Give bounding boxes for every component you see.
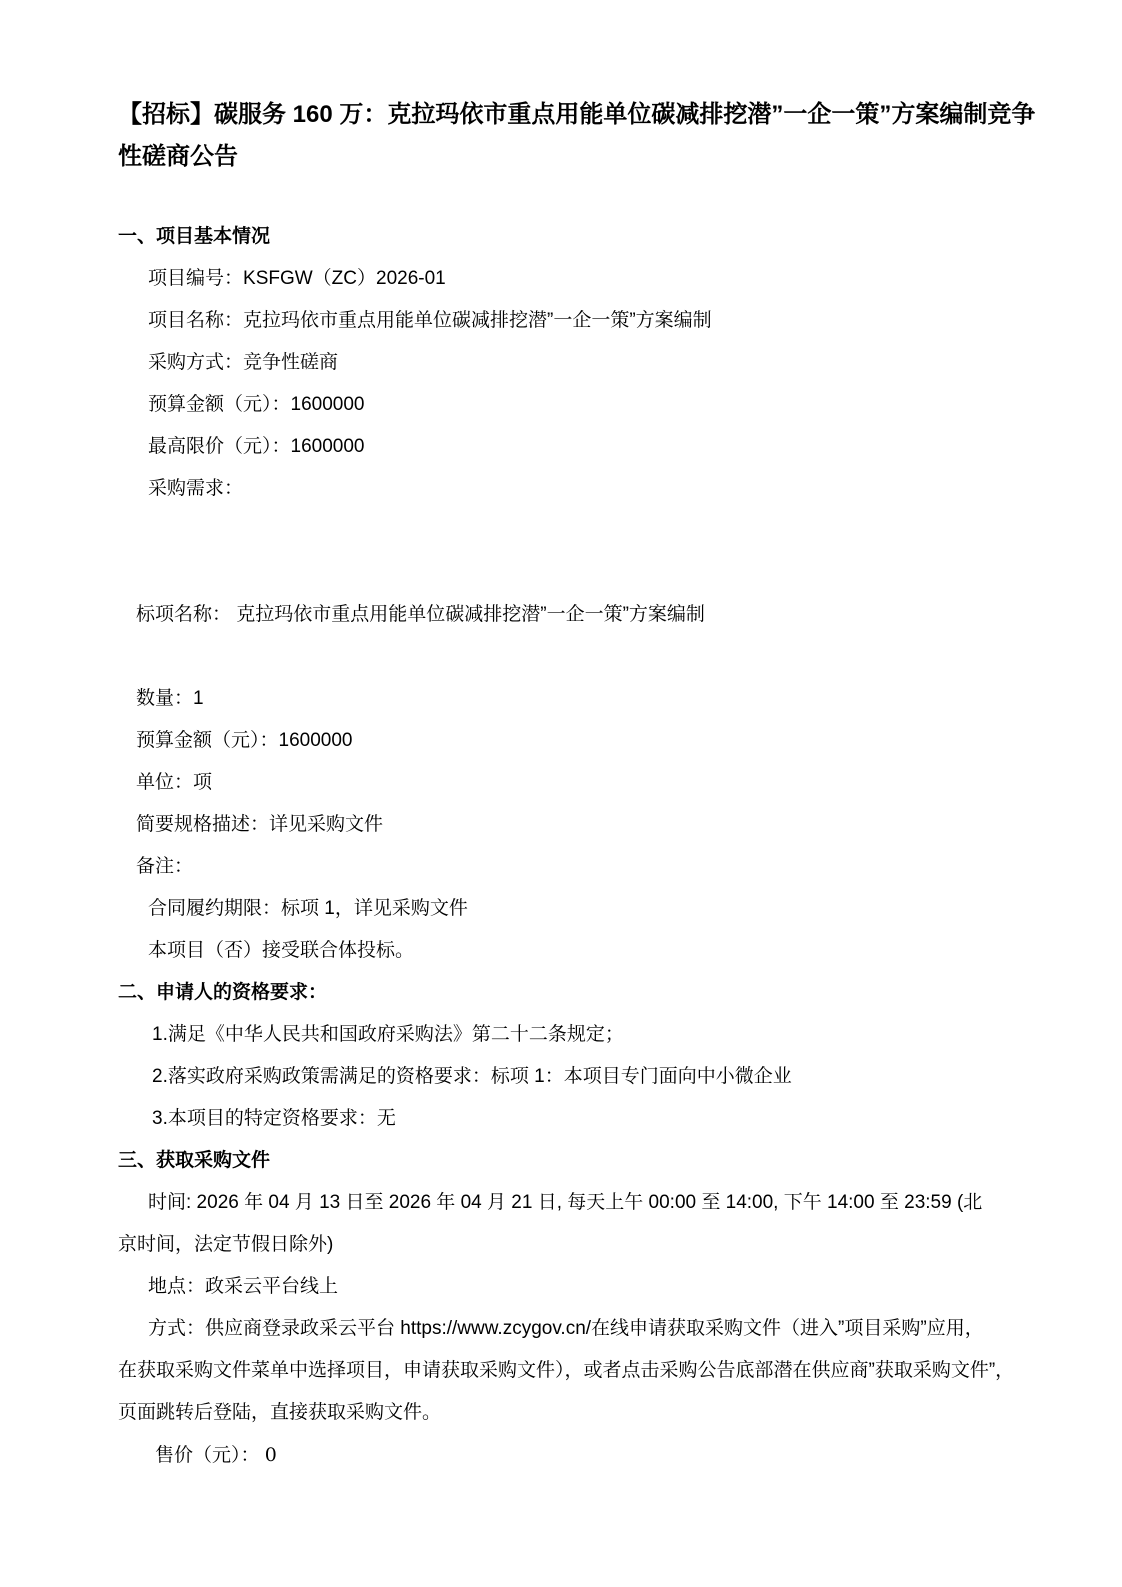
field-procurement-requirements: 采购需求：: [118, 468, 1012, 510]
procurement-method-label: 采购方式：: [148, 352, 243, 373]
joint-bid-statement: 本项目（否）接受联合体投标。: [118, 930, 1012, 972]
field-project-number: 项目编号：KSFGW（ZC）2026-01: [118, 258, 1012, 300]
max-price-label: 最高限价（元）：: [148, 436, 291, 457]
lot-budget-amount-value: 1600000: [279, 730, 353, 751]
procurement-requirements-label: 采购需求：: [148, 478, 243, 499]
field-procurement-method: 采购方式：竞争性磋商: [118, 342, 1012, 384]
quantity-value: 1: [193, 688, 204, 709]
obtain-method-line-3: 页面跳转后登陆，直接获取采购文件。: [118, 1392, 1012, 1434]
section-heading-obtain-documents: 三、获取采购文件: [118, 1140, 1012, 1182]
budget-amount-value: 1600000: [291, 394, 365, 415]
spec-description-label: 简要规格描述：: [136, 814, 269, 835]
unit-value: 项: [193, 772, 212, 793]
qualification-item-3: 3.本项目的特定资格要求：无: [118, 1098, 1012, 1140]
field-max-price: 最高限价（元）：1600000: [118, 426, 1012, 468]
field-quantity: 数量：1: [118, 678, 1012, 720]
location-label: 地点：: [148, 1276, 205, 1297]
obtain-method-line-2: 在获取采购文件菜单中选择项目，申请获取采购文件），或者点击采购公告底部潜在供应商…: [118, 1350, 1012, 1392]
field-lot-budget-amount: 预算金额（元）：1600000: [118, 720, 1012, 762]
project-name-label: 项目名称：: [148, 310, 243, 331]
contract-period-value: 标项 1，详见采购文件: [281, 898, 468, 919]
lot-name-label: 标项名称：: [136, 604, 236, 625]
spec-description-value: 详见采购文件: [269, 814, 383, 835]
section-heading-basic-info: 一、项目基本情况: [118, 216, 1012, 258]
obtain-time-line-1: 时间: 2026 年 04 月 13 日至 2026 年 04 月 21 日, …: [118, 1182, 1012, 1224]
project-name-value: 克拉玛依市重点用能单位碳减排挖潜”一企一策”方案编制: [243, 310, 712, 331]
field-budget-amount: 预算金额（元）：1600000: [118, 384, 1012, 426]
max-price-value: 1600000: [291, 436, 365, 457]
qualification-item-2: 2.落实政府采购政策需满足的资格要求：标项 1：本项目专门面向中小微企业: [118, 1056, 1012, 1098]
document-price: 售价（元）： 0: [118, 1434, 1012, 1476]
field-unit: 单位：项: [118, 762, 1012, 804]
location-value: 政采云平台线上: [205, 1276, 338, 1297]
field-spec-description: 简要规格描述：详见采购文件: [118, 804, 1012, 846]
qualification-item-1: 1.满足《中华人民共和国政府采购法》第二十二条规定；: [118, 1014, 1012, 1056]
procurement-notice-document: 【招标】碳服务 160 万：克拉玛依市重点用能单位碳减排挖潜”一企一策”方案编制…: [0, 0, 1122, 1476]
field-project-name: 项目名称：克拉玛依市重点用能单位碳减排挖潜”一企一策”方案编制: [118, 300, 1012, 342]
unit-label: 单位：: [136, 772, 193, 793]
price-value: 0: [265, 1444, 277, 1466]
contract-period-label: 合同履约期限：: [148, 898, 281, 919]
obtain-location: 地点：政采云平台线上: [118, 1266, 1012, 1308]
budget-amount-label: 预算金额（元）：: [148, 394, 291, 415]
procurement-method-value: 竞争性磋商: [243, 352, 338, 373]
lot-budget-amount-label: 预算金额（元）：: [136, 730, 279, 751]
section-heading-qualification: 二、申请人的资格要求：: [118, 972, 1012, 1014]
remarks-label: 备注：: [136, 856, 193, 877]
field-lot-name: 标项名称： 克拉玛依市重点用能单位碳减排挖潜”一企一策”方案编制: [118, 594, 1012, 636]
document-title-line-1: 【招标】碳服务 160 万：克拉玛依市重点用能单位碳减排挖潜”一企一策”方案编制…: [118, 94, 1012, 136]
document-title-line-2: 性磋商公告: [118, 136, 1012, 178]
project-number-value: KSFGW（ZC）2026-01: [243, 268, 446, 289]
lot-name-value: 克拉玛依市重点用能单位碳减排挖潜”一企一策”方案编制: [236, 604, 705, 625]
field-remarks: 备注：: [118, 846, 1012, 888]
obtain-time-line-2: 京时间，法定节假日除外): [118, 1224, 1012, 1266]
quantity-label: 数量：: [136, 688, 193, 709]
obtain-method-line-1: 方式：供应商登录政采云平台 https://www.zcygov.cn/在线申请…: [118, 1308, 1012, 1350]
price-label: 售价（元）：: [155, 1445, 265, 1466]
field-contract-period: 合同履约期限：标项 1，详见采购文件: [118, 888, 1012, 930]
project-number-label: 项目编号：: [148, 268, 243, 289]
